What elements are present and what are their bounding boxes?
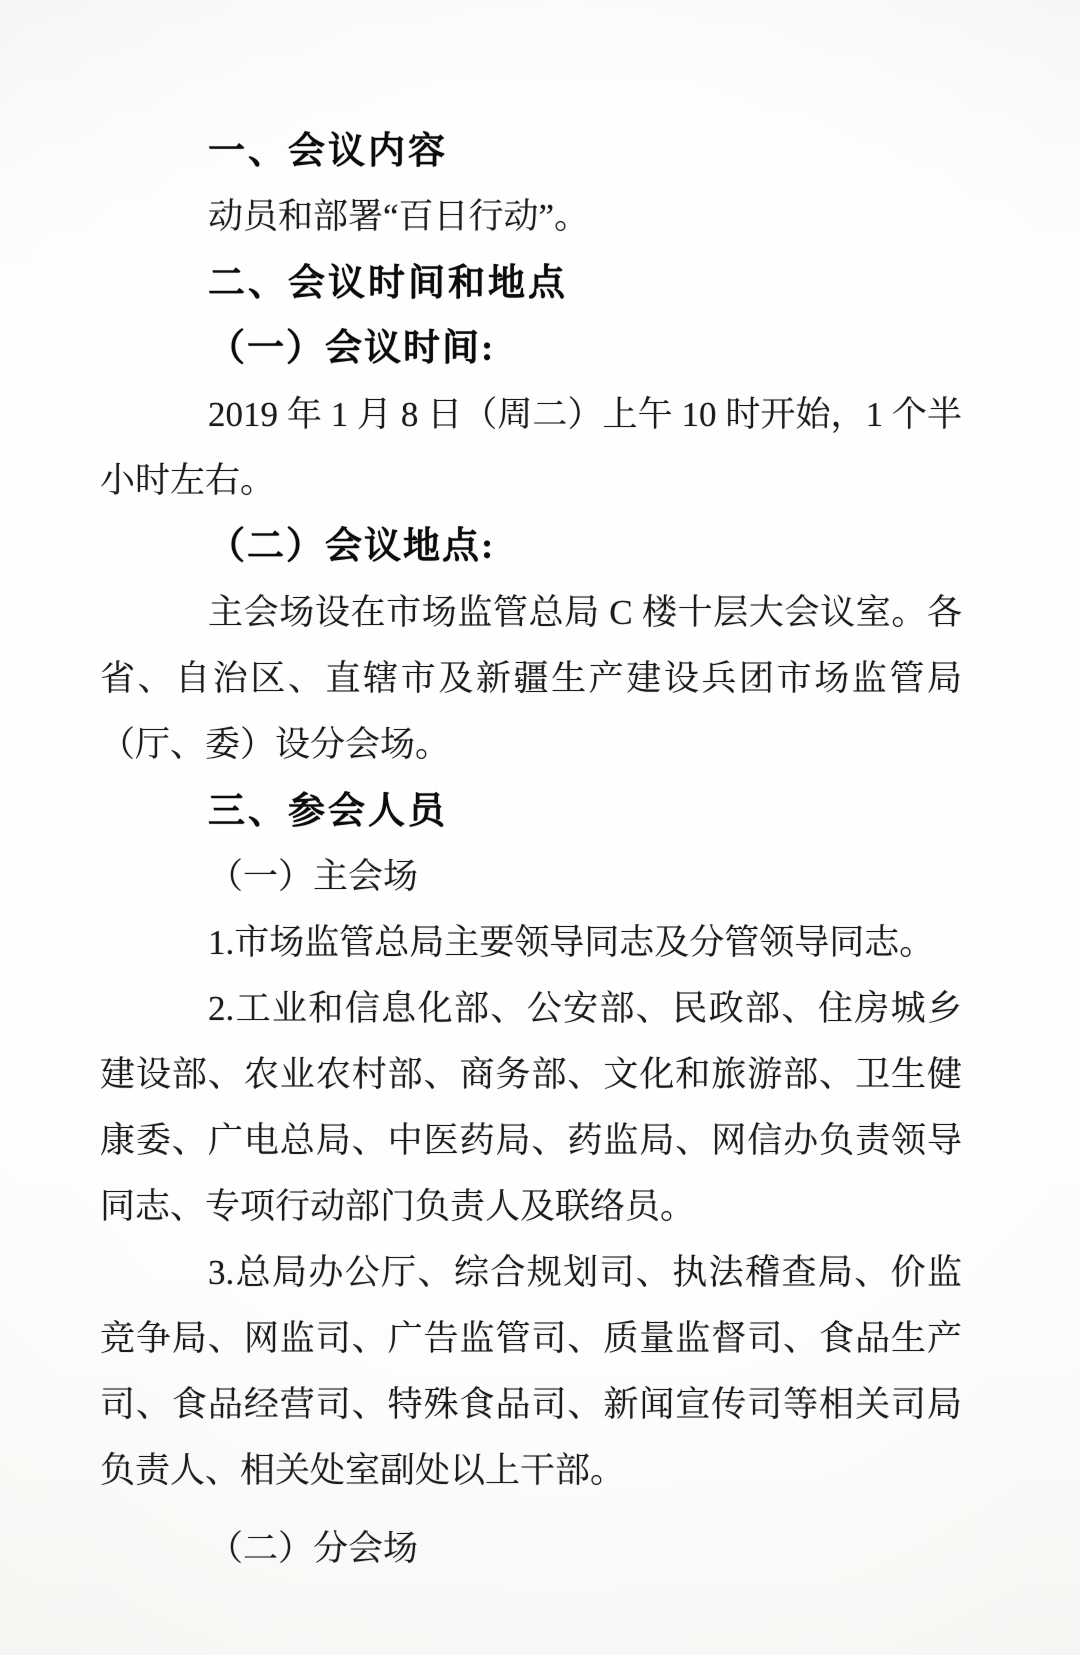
heading-meeting-content: 一、会议内容	[100, 118, 962, 184]
para-meeting-time: 2019 年 1 月 8 日（周二）上午 10 时开始，1 个半小时左右。	[100, 382, 962, 514]
label-branch-venue: （二）分会场	[100, 1516, 962, 1582]
para-meeting-location: 主会场设在市场监管总局 C 楼十层大会议室。各省、自治区、直辖市及新疆生产建设兵…	[100, 580, 962, 778]
para-participants-3: 3.总局办公厅、综合规划司、执法稽查局、价监竞争局、网监司、广告监管司、质量监督…	[100, 1240, 962, 1504]
heading-time-and-location: 二、会议时间和地点	[100, 250, 962, 316]
subheading-meeting-location: （二）会议地点:	[100, 514, 962, 580]
para-meeting-content: 动员和部署“百日行动”。	[100, 184, 962, 250]
para-participants-2: 2.工业和信息化部、公安部、民政部、住房城乡建设部、农业农村部、商务部、文化和旅…	[100, 976, 962, 1240]
heading-participants: 三、参会人员	[100, 778, 962, 844]
para-participants-1: 1.市场监管总局主要领导同志及分管领导同志。	[100, 910, 962, 976]
label-main-venue: （一）主会场	[100, 844, 962, 910]
subheading-meeting-time: （一）会议时间:	[100, 316, 962, 382]
scanned-document-page: 一、会议内容 动员和部署“百日行动”。 二、会议时间和地点 （一）会议时间: 2…	[0, 0, 1080, 1655]
